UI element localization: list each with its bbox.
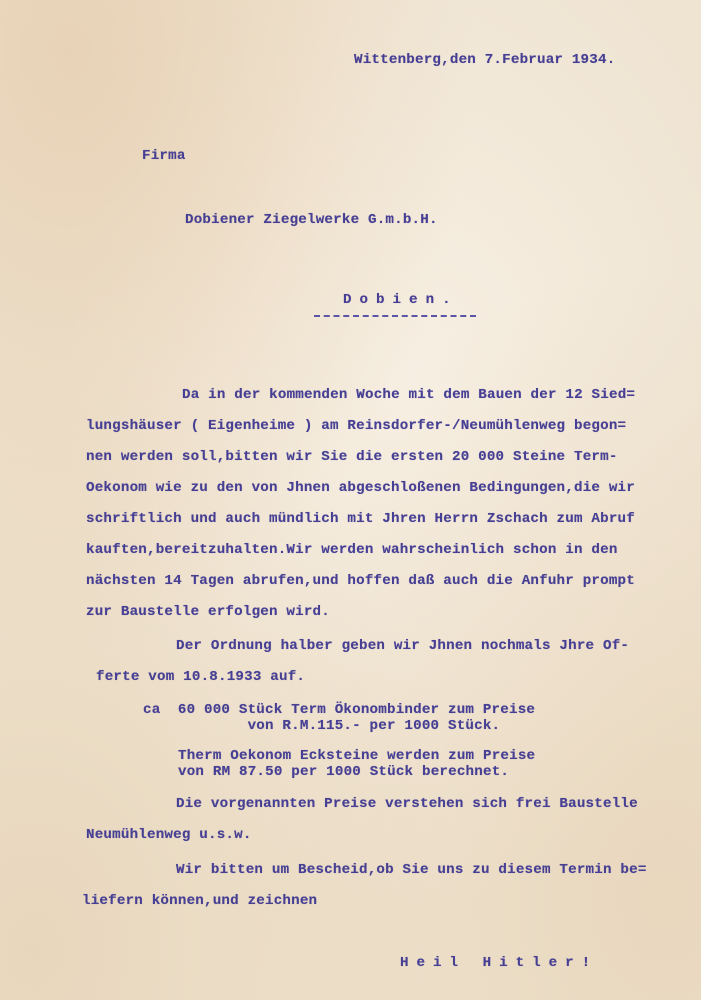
body-line: kauften,bereitzuhalten.Wir werden wahrsc… [86,542,618,558]
city-underline [314,315,476,317]
offer-item-line: von R.M.115.- per 1000 Stück. [143,718,500,734]
offer-item-line: von RM 87.50 per 1000 Stück berechnet. [178,764,509,780]
body-line: nen werden soll,bitten wir Sie die erste… [86,449,618,465]
body-line: schriftlich und auch mündlich mit Jhren … [86,511,635,527]
body-line: lungshäuser ( Eigenheime ) am Reinsdorfe… [86,418,626,434]
recipient-city: Dobien. [343,292,459,308]
body-line: ferte vom 10.8.1933 auf. [96,669,305,685]
recipient-prefix: Firma [142,148,186,164]
body-line: Neumühlenweg u.s.w. [86,827,252,843]
offer-item-line: ca 60 000 Stück Term Ökonombinder zum Pr… [143,702,535,718]
closing: Heil Hitler! [400,955,598,971]
body-line: Oekonom wie zu den von Jhnen abgeschloße… [86,480,635,496]
letter-page: Wittenberg,den 7.Februar 1934. Firma Dob… [0,0,701,1000]
body-line: Die vorgenannten Preise verstehen sich f… [176,796,638,812]
body-line: nächsten 14 Tagen abrufen,und hoffen daß… [86,573,635,589]
body-line: zur Baustelle erfolgen wird. [86,604,330,620]
recipient-company: Dobiener Ziegelwerke G.m.b.H. [185,212,438,228]
body-line: Wir bitten um Bescheid,ob Sie uns zu die… [176,862,647,878]
body-line: Der Ordnung halber geben wir Jhnen nochm… [176,638,629,654]
offer-item-line: Therm Oekonom Ecksteine werden zum Preis… [178,748,535,764]
body-line: liefern können,und zeichnen [82,893,317,909]
date-line: Wittenberg,den 7.Februar 1934. [354,52,615,68]
body-line: Da in der kommenden Woche mit dem Bauen … [182,387,635,403]
